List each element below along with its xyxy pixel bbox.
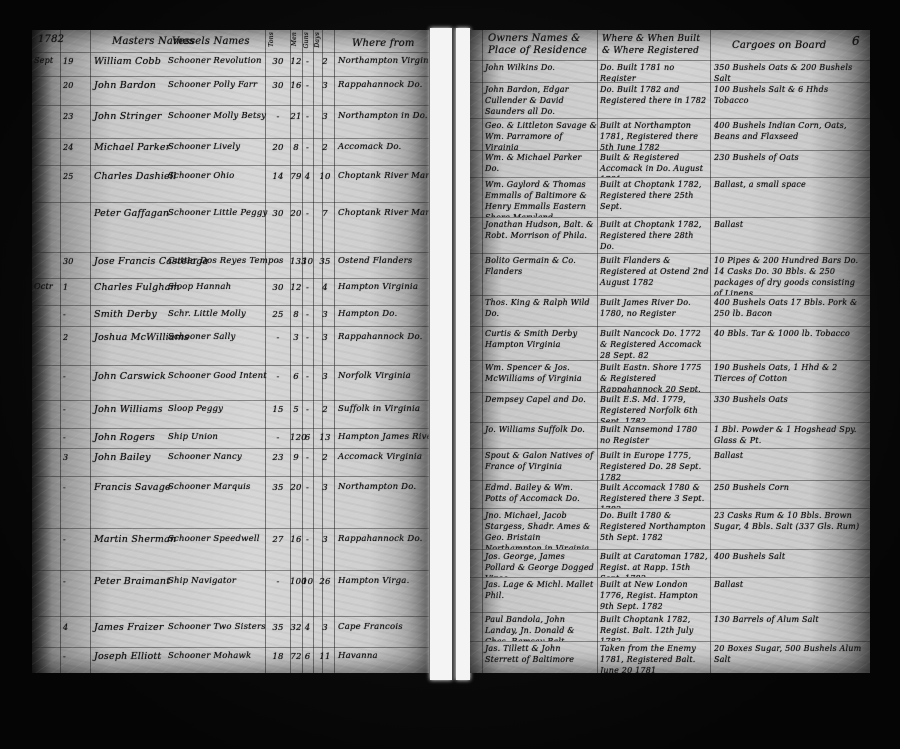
row-n3: - — [302, 333, 313, 343]
row-n4: 13 — [317, 433, 333, 443]
row-n1: - — [266, 257, 290, 267]
row-rule — [470, 82, 870, 83]
row-cargo: 130 Barrels of Alum Salt — [714, 614, 864, 625]
header-num_col_4: Days — [314, 32, 321, 48]
row-n3: 6 — [302, 652, 313, 662]
table-row: 25Charles DashiellSchooner Ohio1479410Ch… — [32, 171, 429, 204]
table-row: 3John BaileySchooner Nancy239-2Accomack … — [32, 452, 429, 476]
row-cargo: 100 Bushels Salt & 6 Hhds Tobacco — [714, 84, 864, 106]
book-gutter-right — [456, 28, 470, 680]
row-built-registered: Built at Choptank 1782, Registered there… — [600, 219, 710, 252]
table-row: Jas. Tillett & John Sterrett of Baltimor… — [470, 643, 870, 673]
table-row: 30Jose Francis CastelagaCutter Dos Reyes… — [32, 256, 429, 278]
table-row: -Francis SavageSchooner Marquis3520-3Nor… — [32, 482, 429, 530]
ledger-page-right: Owners Names & Place of ResidenceWhere &… — [470, 30, 870, 673]
row-vessel-name: Schooner Two Sisters — [168, 622, 266, 632]
table-row: Bolito Germain & Co. FlandersBuilt Fland… — [470, 255, 870, 295]
row-rule — [470, 150, 870, 151]
row-master-name: John Rogers — [94, 432, 155, 443]
row-rule — [470, 448, 870, 449]
row-n1: 30 — [266, 283, 290, 293]
row-rule — [32, 305, 429, 306]
row-day: - — [63, 433, 66, 442]
row-rule — [470, 118, 870, 119]
row-owners: Jos. George, James Pollard & George Dogg… — [485, 551, 597, 577]
row-built-registered: Do. Built 1782 and Registered there in 1… — [600, 84, 710, 106]
row-n1: 30 — [266, 81, 290, 91]
row-vessel-name: Schooner Ohio — [168, 171, 234, 181]
row-rule — [470, 392, 870, 393]
row-n1: - — [266, 577, 290, 587]
row-vessel-name: Schooner Mohawk — [168, 651, 251, 661]
row-day: 3 — [63, 453, 68, 462]
row-n1: 35 — [266, 483, 290, 493]
row-where-from: Cape Francois — [338, 622, 403, 632]
row-cargo: 1 Bbl. Powder & 1 Hogshead Spy. Glass & … — [714, 424, 864, 446]
row-cargo: 230 Bushels of Oats — [714, 152, 864, 163]
row-owners: Paul Bandola, John Landay, Jn. Donald & … — [485, 614, 597, 641]
table-row: Paul Bandola, John Landay, Jn. Donald & … — [470, 614, 870, 641]
row-day: 20 — [63, 81, 74, 90]
table-row: 23John StringerSchooner Molly Betsy-21-3… — [32, 111, 429, 140]
row-rule — [470, 577, 870, 578]
row-master-name: Charles Fulgham — [94, 282, 180, 293]
row-n3: 10 — [302, 257, 313, 267]
row-cargo: Ballast, a small space — [714, 179, 864, 190]
table-row: John Bardon, Edgar Cullender & David Sau… — [470, 84, 870, 118]
row-built-registered: Built at Choptank 1782, Registered there… — [600, 179, 710, 212]
row-n2: 20 — [290, 209, 302, 219]
table-row: Peter GaffaganSchooner Little Peggy3020-… — [32, 208, 429, 254]
row-n2: 21 — [290, 112, 302, 122]
row-day: - — [63, 535, 66, 544]
row-vessel-name: Schooner Molly Betsy — [168, 111, 266, 121]
table-row: 4James FraizerSchooner Two Sisters353243… — [32, 622, 429, 649]
header-built-registered: Where & When Built & Where Registered — [602, 33, 707, 57]
row-where-from: Accomack Do. — [338, 142, 401, 152]
row-rule — [32, 428, 429, 429]
row-built-registered: Built James River Do. 1780, no Register — [600, 297, 710, 319]
header-num_col_2: Men — [291, 32, 298, 46]
row-master-name: Charles Dashiell — [94, 171, 176, 182]
row-where-from: Havanna — [338, 651, 378, 661]
row-vessel-name: Schooner Lively — [168, 142, 240, 152]
row-day: - — [63, 372, 66, 381]
row-rule — [32, 448, 429, 449]
row-vessel-name: Schr. Little Molly — [168, 309, 246, 319]
row-owners: Jno. Michael, Jacob Stargess, Shadr. Ame… — [485, 510, 597, 549]
row-month: Sept — [34, 56, 53, 65]
row-n4: 4 — [317, 283, 333, 293]
row-day: - — [63, 310, 66, 319]
table-row: Jno. Michael, Jacob Stargess, Shadr. Ame… — [470, 510, 870, 549]
row-n3: 10 — [302, 577, 313, 587]
row-cargo: 10 Pipes & 200 Hundred Bars Do. 14 Casks… — [714, 255, 864, 295]
row-vessel-name: Schooner Revolution — [168, 56, 262, 66]
row-where-from: Suffolk in Virginia — [338, 404, 420, 414]
row-built-registered: Built E.S. Md. 1779, Registered Norfolk … — [600, 394, 710, 422]
row-rule — [470, 508, 870, 509]
row-day: - — [63, 652, 66, 661]
row-owners: Wm. & Michael Parker Do. — [485, 152, 597, 174]
row-owners: Thos. King & Ralph Wild Do. — [485, 297, 597, 319]
row-rule — [470, 360, 870, 361]
row-n1: 15 — [266, 405, 290, 415]
row-master-name: John Bailey — [94, 452, 151, 463]
row-n1: - — [266, 333, 290, 343]
row-n4: 3 — [317, 623, 333, 633]
table-row: 2Joshua McWilliamsSchooner Sally-3-3Rapp… — [32, 332, 429, 367]
row-n4: 3 — [317, 310, 333, 320]
row-cargo: 250 Bushels Corn — [714, 482, 864, 493]
row-cargo: 400 Bushels Oats 17 Bbls. Pork & 250 lb.… — [714, 297, 864, 319]
row-where-from: Rappahannock Do. — [338, 534, 423, 544]
row-built-registered: Do. Built 1781 no Register — [600, 62, 710, 82]
table-row: 20John BardonSchooner Polly Farr3016-3Ra… — [32, 80, 429, 105]
row-cargo: Ballast — [714, 579, 864, 590]
ledger-grid-left: 1782Masters NamesVessels NamesTonsMenGun… — [32, 30, 429, 673]
row-n2: 133 — [290, 257, 302, 267]
row-n2: 12 — [290, 283, 302, 293]
row-rule — [470, 326, 870, 327]
row-cargo: 40 Bbls. Tar & 1000 lb. Tobacco — [714, 328, 864, 339]
row-master-name: John Williams — [94, 404, 163, 415]
row-master-name: Francis Savage — [94, 482, 171, 493]
table-row: -John CarswickSchooner Good Intent-6-3No… — [32, 371, 429, 402]
row-n1: - — [266, 372, 290, 382]
row-built-registered: Built at Northampton 1781, Registered th… — [600, 120, 710, 150]
row-rule — [470, 295, 870, 296]
table-row: Thos. King & Ralph Wild Do.Built James R… — [470, 297, 870, 326]
table-row: Jonathan Hudson, Balt. & Robt. Morrison … — [470, 219, 870, 253]
row-n2: 16 — [290, 535, 302, 545]
row-cargo: 350 Bushels Oats & 200 Bushels Salt — [714, 62, 864, 82]
row-day: 19 — [63, 57, 74, 66]
row-n3: - — [302, 372, 313, 382]
row-rule — [32, 278, 429, 279]
row-n3: 6 — [302, 433, 313, 443]
row-n2: 12 — [290, 57, 302, 67]
row-n4: 3 — [317, 535, 333, 545]
row-day: 2 — [63, 333, 68, 342]
row-n1: 30 — [266, 57, 290, 67]
row-n2: 8 — [290, 310, 302, 320]
row-n2: 100 — [290, 577, 302, 587]
table-row: -John RogersShip Union-120613Hampton Jam… — [32, 432, 429, 448]
row-n1: 30 — [266, 209, 290, 219]
table-row: Dempsey Capel and Do.Built E.S. Md. 1779… — [470, 394, 870, 422]
row-n3: - — [302, 81, 313, 91]
row-vessel-name: Sloop Peggy — [168, 404, 223, 414]
row-built-registered: Built Accomack 1780 & Registered there 3… — [600, 482, 710, 508]
row-n4: 10 — [317, 172, 333, 182]
row-day: 25 — [63, 172, 74, 181]
row-month: Octr — [34, 282, 53, 291]
row-where-from: Norfolk Virginia — [338, 371, 411, 381]
row-cargo: 20 Boxes Sugar, 500 Bushels Alum Salt — [714, 643, 864, 665]
row-day: - — [63, 483, 66, 492]
row-owners: Geo. & Littleton Savage & Wm. Parramore … — [485, 120, 597, 150]
row-cargo: 400 Bushels Indian Corn, Oats, Beans and… — [714, 120, 864, 142]
row-owners: Dempsey Capel and Do. — [485, 394, 597, 405]
row-n4: 3 — [317, 483, 333, 493]
row-vessel-name: Schooner Good Intent — [168, 371, 267, 381]
row-n4: 3 — [317, 112, 333, 122]
row-rule — [470, 480, 870, 481]
table-row: Wm. & Michael Parker Do.Built & Register… — [470, 152, 870, 177]
row-vessel-name: Schooner Nancy — [168, 452, 242, 462]
row-owners: Wm. Gaylord & Thomas Emmalls of Baltimor… — [485, 179, 597, 217]
row-n3: 4 — [302, 623, 313, 633]
row-n3: - — [302, 283, 313, 293]
table-row: Octr1Charles FulghamSloop Hannah3012-4Ha… — [32, 282, 429, 305]
row-where-from: Choptank River Maryland — [338, 171, 429, 181]
header-num_col_3: Guns — [303, 32, 310, 48]
row-n1: - — [266, 433, 290, 443]
row-built-registered: Built Nansemond 1780 no Register — [600, 424, 710, 446]
row-master-name: William Cobb — [94, 56, 161, 67]
table-row: John Wilkins Do.Do. Built 1781 no Regist… — [470, 62, 870, 82]
table-row: -Smith DerbySchr. Little Molly258-3Hampt… — [32, 309, 429, 326]
row-vessel-name: Sloop Hannah — [168, 282, 231, 292]
row-owners: Edmd. Bailey & Wm. Potts of Accomack Do. — [485, 482, 597, 504]
row-master-name: Martin Sherman — [94, 534, 176, 545]
row-n3: - — [302, 209, 313, 219]
page-number: 6 — [852, 34, 860, 48]
row-n3: - — [302, 453, 313, 463]
row-built-registered: Taken from the Enemy 1781, Registered Ba… — [600, 643, 710, 673]
row-n4: 2 — [317, 143, 333, 153]
row-where-from: Northampton Virginia — [338, 56, 429, 66]
row-where-from: Northampton Do. — [338, 482, 416, 492]
row-rule — [32, 105, 429, 106]
row-where-from: Accomack Virginia — [338, 452, 422, 462]
row-owners: Spout & Galon Natives of France of Virgi… — [485, 450, 597, 472]
row-n3: - — [302, 143, 313, 153]
row-n3: 4 — [302, 172, 313, 182]
ledger-grid-right: Owners Names & Place of ResidenceWhere &… — [470, 30, 870, 673]
row-day: 23 — [63, 112, 74, 121]
table-row: Jas. Lage & Michl. Mallet Phil.Built at … — [470, 579, 870, 612]
row-owners: Jonathan Hudson, Balt. & Robt. Morrison … — [485, 219, 597, 241]
row-n2: 8 — [290, 143, 302, 153]
table-row: -John WilliamsSloop Peggy155-2Suffolk in… — [32, 404, 429, 428]
row-rule — [470, 217, 870, 218]
book-gutter-left — [430, 28, 452, 680]
table-row: Sept19William CobbSchooner Revolution301… — [32, 56, 429, 76]
row-master-name: John Stringer — [94, 111, 162, 122]
row-rule — [470, 422, 870, 423]
row-owners: Bolito Germain & Co. Flanders — [485, 255, 597, 277]
row-n2: 5 — [290, 405, 302, 415]
row-cargo: 330 Bushels Oats — [714, 394, 864, 405]
row-built-registered: Built at New London 1776, Regist. Hampto… — [600, 579, 710, 612]
row-n4: 3 — [317, 372, 333, 382]
row-vessel-name: Schooner Marquis — [168, 482, 251, 492]
row-n2: 6 — [290, 372, 302, 382]
row-cargo: 400 Bushels Salt — [714, 551, 864, 562]
row-n3: - — [302, 310, 313, 320]
row-day: - — [63, 405, 66, 414]
table-row: -Joseph ElliottSchooner Mohawk1872611Hav… — [32, 651, 429, 673]
row-n1: 18 — [266, 652, 290, 662]
row-where-from: Hampton Virga. — [338, 576, 409, 586]
table-row: Jos. George, James Pollard & George Dogg… — [470, 551, 870, 577]
row-master-name: Peter Braimant — [94, 576, 170, 587]
row-rule — [32, 476, 429, 477]
row-n4: 7 — [317, 209, 333, 219]
row-owners: Curtis & Smith Derby Hampton Virginia — [485, 328, 597, 350]
row-rule — [470, 549, 870, 550]
row-where-from: Rappahannock Do. — [338, 80, 423, 90]
row-rule — [32, 326, 429, 327]
row-master-name: Smith Derby — [94, 309, 157, 320]
row-n2: 16 — [290, 81, 302, 91]
row-n2: 79 — [290, 172, 302, 182]
row-built-registered: Built Nancock Do. 1772 & Registered Acco… — [600, 328, 710, 360]
row-rule — [470, 641, 870, 642]
table-row: Curtis & Smith Derby Hampton VirginiaBui… — [470, 328, 870, 360]
row-n1: 20 — [266, 143, 290, 153]
row-n2: 120 — [290, 433, 302, 443]
row-n1: - — [266, 112, 290, 122]
row-built-registered: Built Flanders & Registered at Ostend 2n… — [600, 255, 710, 288]
row-n1: 27 — [266, 535, 290, 545]
table-row: Wm. Spencer & Jos. McWilliams of Virgini… — [470, 362, 870, 392]
row-owners: John Wilkins Do. — [485, 62, 597, 73]
row-n3: - — [302, 483, 313, 493]
row-built-registered: Built & Registered Accomack in Do. Augus… — [600, 152, 710, 177]
header-owners: Owners Names & Place of Residence — [488, 33, 593, 57]
row-master-name: Michael Parker — [94, 142, 170, 153]
row-n2: 20 — [290, 483, 302, 493]
row-where-from: Hampton Virginia — [338, 282, 418, 292]
row-rule — [470, 612, 870, 613]
row-built-registered: Built Choptank 1782, Regist. Balt. 12th … — [600, 614, 710, 641]
row-master-name: Peter Gaffagan — [94, 208, 169, 219]
ledger-page-left: 1782Masters NamesVessels NamesTonsMenGun… — [32, 30, 429, 673]
row-master-name: John Carswick — [94, 371, 166, 382]
header-num_col_1: Tons — [268, 32, 275, 47]
row-where-from: Hampton Do. — [338, 309, 397, 319]
row-built-registered: Built at Caratoman 1782, Regist. at Rapp… — [600, 551, 710, 577]
row-day: 30 — [63, 257, 74, 266]
row-owners: Jo. Williams Suffolk Do. — [485, 424, 597, 435]
row-built-registered: Do. Built 1780 & Registered Northampton … — [600, 510, 710, 543]
row-n3: - — [302, 535, 313, 545]
row-n4: 35 — [317, 257, 333, 267]
row-n4: 2 — [317, 405, 333, 415]
row-owners: Wm. Spencer & Jos. McWilliams of Virgini… — [485, 362, 597, 384]
row-n1: 25 — [266, 310, 290, 320]
table-row: -Martin ShermanSchooner Speedwell2716-3R… — [32, 534, 429, 572]
row-owners: John Bardon, Edgar Cullender & David Sau… — [485, 84, 597, 117]
row-rule — [32, 76, 429, 77]
row-n2: 3 — [290, 333, 302, 343]
row-n3: - — [302, 57, 313, 67]
row-day: 4 — [63, 623, 68, 632]
header-vessels-names: Vessels Names — [172, 36, 250, 47]
row-where-from: Northampton in Do. — [338, 111, 428, 121]
row-vessel-name: Schooner Little Peggy — [168, 208, 267, 218]
table-row: Wm. Gaylord & Thomas Emmalls of Baltimor… — [470, 179, 870, 217]
row-cargo: Ballast — [714, 219, 864, 230]
row-owners: Jas. Tillett & John Sterrett of Baltimor… — [485, 643, 597, 665]
row-cargo: 23 Casks Rum & 10 Bbls. Brown Sugar, 4 B… — [714, 510, 864, 532]
row-n1: 14 — [266, 172, 290, 182]
header-year: 1782 — [38, 34, 64, 45]
row-vessel-name: Schooner Sally — [168, 332, 236, 342]
row-vessel-name: Schooner Speedwell — [168, 534, 260, 544]
row-n1: 23 — [266, 453, 290, 463]
row-where-from: Choptank River Maryland — [338, 208, 429, 218]
row-rule — [32, 165, 429, 166]
header-where-from: Where from — [352, 38, 415, 49]
table-row: Geo. & Littleton Savage & Wm. Parramore … — [470, 120, 870, 150]
row-where-from: Ostend Flanders — [338, 256, 412, 266]
row-n4: 2 — [317, 453, 333, 463]
table-row: -Peter BraimantShip Navigator-1001026Ham… — [32, 576, 429, 618]
header-cargoes: Cargoes on Board — [732, 40, 826, 51]
table-row: 24Michael ParkerSchooner Lively208-2Acco… — [32, 142, 429, 165]
row-n4: 3 — [317, 333, 333, 343]
row-n4: 26 — [317, 577, 333, 587]
row-rule — [32, 52, 429, 53]
row-n1: 35 — [266, 623, 290, 633]
row-master-name: Joseph Elliott — [94, 651, 161, 662]
row-day: 1 — [63, 283, 68, 292]
row-rule — [470, 253, 870, 254]
row-cargo: 190 Bushels Oats, 1 Hhd & 2 Tierces of C… — [714, 362, 864, 384]
row-owners: Jas. Lage & Michl. Mallet Phil. — [485, 579, 597, 601]
row-where-from: Rappahannock Do. — [338, 332, 423, 342]
row-rule — [470, 177, 870, 178]
row-master-name: John Bardon — [94, 80, 156, 91]
row-cargo: Ballast — [714, 450, 864, 461]
row-n2: 32 — [290, 623, 302, 633]
row-n4: 11 — [317, 652, 333, 662]
row-built-registered: Built Eastn. Shore 1775 & Registered Rap… — [600, 362, 710, 392]
row-vessel-name: Ship Navigator — [168, 576, 236, 586]
row-rule — [470, 60, 870, 61]
row-n3: - — [302, 112, 313, 122]
row-n4: 2 — [317, 57, 333, 67]
row-where-from: Hampton James River Do. — [338, 432, 429, 442]
row-day: - — [63, 577, 66, 586]
table-row: Edmd. Bailey & Wm. Potts of Accomack Do.… — [470, 482, 870, 508]
table-row: Jo. Williams Suffolk Do.Built Nansemond … — [470, 424, 870, 448]
row-n2: 72 — [290, 652, 302, 662]
row-n3: - — [302, 405, 313, 415]
row-n2: 9 — [290, 453, 302, 463]
row-n4: 3 — [317, 81, 333, 91]
row-vessel-name: Ship Union — [168, 432, 218, 442]
row-built-registered: Built in Europe 1775, Registered Do. 28 … — [600, 450, 710, 480]
table-row: Spout & Galon Natives of France of Virgi… — [470, 450, 870, 480]
row-day: 24 — [63, 143, 74, 152]
row-vessel-name: Schooner Polly Farr — [168, 80, 257, 90]
row-master-name: James Fraizer — [94, 622, 164, 633]
